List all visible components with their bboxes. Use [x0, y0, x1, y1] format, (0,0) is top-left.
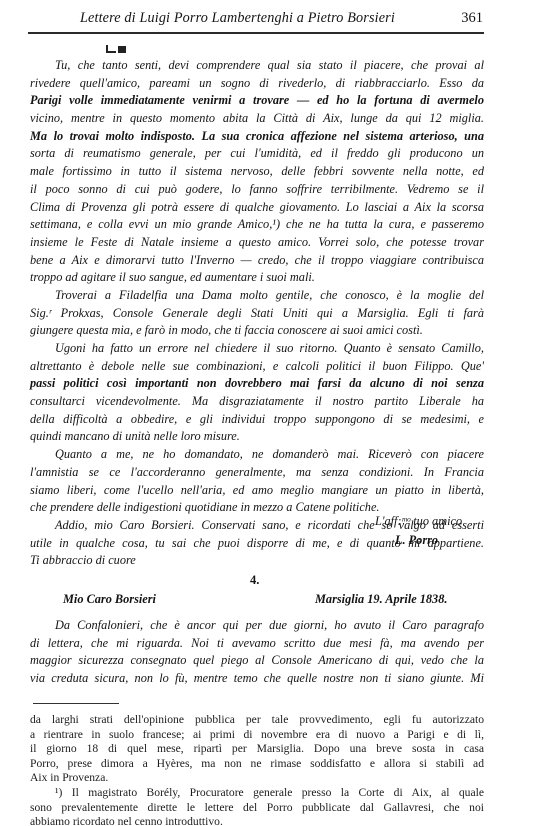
page-number: 361 [461, 10, 483, 27]
text-line: Parigi volle immediatamente venirmi a tr… [30, 92, 484, 110]
text-line: Da Confalonieri, che è ancor qui per due… [30, 617, 484, 635]
text-line: rivedere quell'amico, pareami un sogno d… [30, 75, 484, 93]
footnote-line: il giorno 18 di quel mese, ripartì per M… [30, 742, 484, 757]
footnote-1-line: ¹) Il magistrato Borély, Procuratore gen… [30, 786, 484, 801]
running-header: Lettere di Luigi Porro Lambertenghi a Pi… [80, 6, 483, 30]
text-line: Ti abbraccio di cuore [30, 552, 484, 570]
footnotes: da larghi strati dell'opinione pubblica … [30, 713, 484, 826]
text-line: quindi mancano di unità nelle loro misur… [30, 428, 484, 446]
text-line: passi politici così importanti non dovre… [30, 375, 484, 393]
text-line: giungere questa mia, e farò in modo, che… [30, 322, 484, 340]
footnote-1-line: abbiamo ricordato nel cenno introduttivo… [30, 815, 484, 826]
footnote-line: Porro, prese dimora a Hyères, ma non ne … [30, 757, 484, 772]
text-line: vicino, mentre in questo momento abita l… [30, 110, 484, 128]
book-page: Lettere di Luigi Porro Lambertenghi a Pi… [0, 0, 550, 826]
footnote-line: a rientrare in suolo francese; ai primi … [30, 728, 484, 743]
text-line: Tu, che tanto senti, devi comprendere qu… [30, 57, 484, 75]
text-line: Ma lo trovai molto indisposto. La sua cr… [30, 128, 484, 146]
text-line: via creduta sicura, non lo fù, mentre te… [30, 670, 484, 688]
text-line: insieme le Feste di Natale insieme a que… [30, 234, 484, 252]
text-line: di lettera, che mi riguarda. Noi ti avev… [30, 635, 484, 653]
text-line: bene a Aix e dimorarvi tutto l'Inverno —… [30, 252, 484, 270]
footnote-line: Aix in Provenza. [30, 771, 484, 786]
footnote-rule [33, 703, 119, 704]
text-line: maggior sicurezza consegnato quel piego … [30, 652, 484, 670]
text-line: Troverai a Filadelfia una Dama molto gen… [30, 287, 484, 305]
text-line: male fortissimo in tutto il sistema nerv… [30, 163, 484, 181]
text-line: Clima di Provenza gli potrà essere di qu… [30, 199, 484, 217]
text-line: troppo ad agitare il suo sangue, ed aume… [30, 269, 484, 287]
letter-4-body: Da Confalonieri, che è ancor qui per due… [30, 617, 484, 688]
text-line: settimana, e colla evvi un mio grande Am… [30, 216, 484, 234]
running-title: Lettere di Luigi Porro Lambertenghi a Pi… [80, 10, 395, 27]
text-line: della difficoltà a obbedire, e gli indiv… [30, 411, 484, 429]
text-line: siamo liberi, come l'ucello nell'aria, e… [30, 482, 484, 500]
letter-signature: L. Porro [395, 533, 438, 548]
text-line: Quanto a me, ne ho domandato, ne domande… [30, 446, 484, 464]
text-line: l'amnistia se ce l'accorderanno generalm… [30, 464, 484, 482]
text-line: il poco sonno di cui può godere, lo fann… [30, 181, 484, 199]
letter-dateline: Marsiglia 19. Aprile 1838. [315, 592, 447, 607]
text-line: altrettanto è debole nelle sue combinazi… [30, 358, 484, 376]
letter-closing: L'aff:ᵐᵒ tuo amico [375, 514, 462, 529]
letter-salutation: Mio Caro Borsieri [63, 592, 156, 607]
header-rule [28, 32, 484, 34]
letter-number: 4. [250, 573, 259, 588]
text-line: sorta di reumatismo generale, per cui l'… [30, 145, 484, 163]
footnote-1-line: sono prevalentemente dirette le lettere … [30, 801, 484, 816]
letter-3-body: Tu, che tanto senti, devi comprendere qu… [30, 57, 484, 570]
text-line: consultarci vicendevolmente. Ma disgrazi… [30, 393, 484, 411]
scan-artifact-mark [106, 45, 128, 53]
text-line: Ugoni ha fatto un errore nel chiedere il… [30, 340, 484, 358]
footnote-line: da larghi strati dell'opinione pubblica … [30, 713, 484, 728]
text-line: Sig.ʳ Prokxas, Console Generale degli St… [30, 305, 484, 323]
